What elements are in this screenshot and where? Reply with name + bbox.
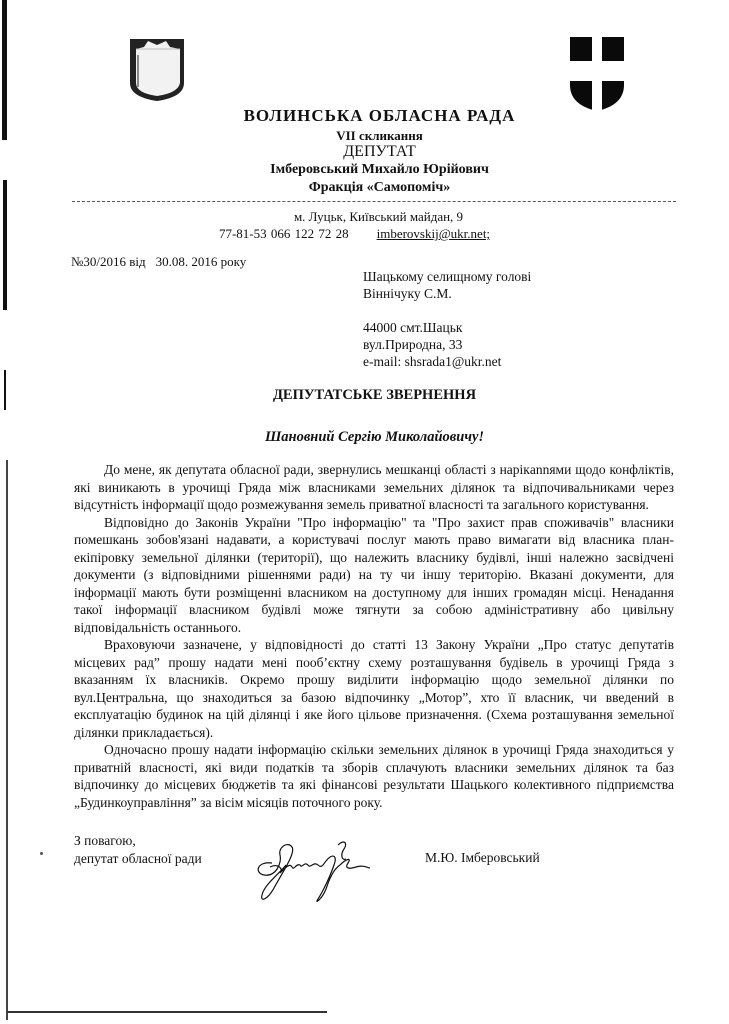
handwritten-signature <box>252 833 372 908</box>
sender-contacts: 77-81-53 066 122 72 28imberovskij@ukr.ne… <box>0 226 719 242</box>
scan-edge-mark <box>6 460 8 1020</box>
signer-name: М.Ю. Імберовський <box>425 850 540 866</box>
deputy-name: Імберовський Михайло Юрійович <box>15 162 729 178</box>
closing-regards: З повагою, <box>74 832 202 850</box>
scan-edge-mark <box>2 0 7 140</box>
volyn-coat-of-arms-icon <box>128 35 186 103</box>
samopomich-shield-icon <box>568 35 626 113</box>
paragraph: Відповідно до Законів України "Про інфор… <box>74 514 674 637</box>
letter-body: До мене, як депутата обласної ради, звер… <box>74 461 674 811</box>
registration-number: №30/2016 від30.08. 2016 року <box>71 254 246 270</box>
sender-phones: 77-81-53 066 122 72 28 <box>219 226 349 241</box>
reg-date: 30.08. 2016 року <box>156 254 247 269</box>
letterhead-divider <box>72 201 676 202</box>
reg-number: №30/2016 від <box>71 254 146 269</box>
recipient-title: Шацькому селищному голові <box>363 268 531 285</box>
council-name: ВОЛИНСЬКА ОБЛАСНА РАДА <box>15 106 729 126</box>
recipient-email: e-mail: shsrada1@ukr.net <box>363 353 531 370</box>
recipient-postal: 44000 смт.Шацьк <box>363 319 531 336</box>
closing-position: депутат обласної ради <box>74 850 202 868</box>
recipient-name: Віннічуку С.М. <box>363 285 531 302</box>
recipient-street: вул.Природна, 33 <box>363 336 531 353</box>
closing-block: З повагою, депутат обласної ради <box>74 832 202 868</box>
document-title: ДЕПУТАТСЬКЕ ЗВЕРНЕННЯ <box>10 387 729 404</box>
faction-name: Фракція «Самопоміч» <box>15 180 729 196</box>
salutation: Шановний Сергію Миколайовичу! <box>10 429 729 446</box>
paragraph: До мене, як депутата обласної ради, звер… <box>74 461 674 514</box>
convocation: VII скликання <box>15 128 729 144</box>
recipient-block: Шацькому селищному голові Віннічуку С.М.… <box>363 268 531 370</box>
scan-edge-mark <box>7 1011 327 1013</box>
scan-edge-mark <box>3 180 7 310</box>
paragraph: Враховуючи зазначене, у відповідності до… <box>74 636 674 741</box>
position-title: ДЕПУТАТ <box>15 143 729 161</box>
sender-email-link[interactable]: imberovskij@ukr.net; <box>377 226 490 241</box>
sender-address: м. Луцьк, Київський майдан, 9 <box>14 209 729 225</box>
scan-artifact <box>40 852 43 855</box>
paragraph: Одночасно прошу надати інформацію скільк… <box>74 741 674 811</box>
scan-edge-mark <box>4 370 6 410</box>
